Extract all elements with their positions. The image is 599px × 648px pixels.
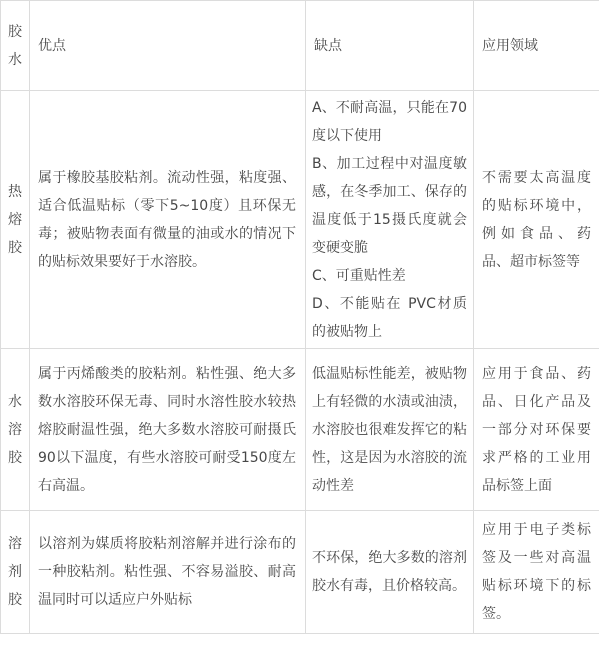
advantages-cell: 属于橡胶基胶粘剂。流动性强，粘度强、适合低温贴标（零下5~10度）且环保无毒；被… bbox=[30, 91, 306, 349]
applications-text: 不需要太高温度的贴标环境中，例如食品、药品、超市标签等 bbox=[482, 164, 591, 276]
advantages-cell: 以溶剂为媒质将胶粘剂溶解并进行涂布的一种胶粘剂。粘性强、不容易溢胶、耐高温同时可… bbox=[30, 511, 306, 634]
advantages-text: 属于丙烯酸类的胶粘剂。粘性强、绝大多数水溶胶环保无毒、同时水溶性胶水较热熔胶耐温… bbox=[38, 360, 296, 500]
header-cell-glue: 胶水 bbox=[1, 1, 30, 91]
table-row-solvent: 溶剂胶 以溶剂为媒质将胶粘剂溶解并进行涂布的一种胶粘剂。粘性强、不容易溢胶、耐高… bbox=[1, 511, 599, 634]
advantages-text: 以溶剂为媒质将胶粘剂溶解并进行涂布的一种胶粘剂。粘性强、不容易溢胶、耐高温同时可… bbox=[38, 530, 296, 614]
disadvantages-text: 不环保，绝大多数的溶剂胶水有毒，且价格较高。 bbox=[312, 544, 467, 600]
adhesive-comparison-table: 胶水 优点 缺点 应用领域 热熔胶 属于橡胶基胶粘剂。流动性强，粘度强、适合低温… bbox=[0, 0, 599, 634]
applications-cell: 应用于电子类标签及一些对高温贴标环境下的标签。 bbox=[474, 511, 599, 634]
table-row-water-soluble: 水溶胶 属于丙烯酸类的胶粘剂。粘性强、绝大多数水溶胶环保无毒、同时水溶性胶水较热… bbox=[1, 349, 599, 511]
disadvantages-cell: 不环保，绝大多数的溶剂胶水有毒，且价格较高。 bbox=[306, 511, 474, 634]
header-cell-disadvantages: 缺点 bbox=[306, 1, 474, 91]
glue-name-cell: 热熔胶 bbox=[1, 91, 30, 349]
disadvantages-cell: A、不耐高温，只能在70度以下使用 B、加工过程中对温度敏感，在冬季加工、保存的… bbox=[306, 91, 474, 349]
applications-cell: 不需要太高温度的贴标环境中，例如食品、药品、超市标签等 bbox=[474, 91, 599, 349]
glue-name-cell: 水溶胶 bbox=[1, 349, 30, 511]
applications-text: 应用于电子类标签及一些对高温贴标环境下的标签。 bbox=[482, 516, 591, 628]
disadvantage-item-c: C、可重贴性差 bbox=[312, 262, 467, 290]
applications-cell: 应用于食品、药品、日化产品及一部分对环保要求严格的工业用品标签上面 bbox=[474, 349, 599, 511]
header-cell-applications: 应用领域 bbox=[474, 1, 599, 91]
disadvantage-item-b: B、加工过程中对温度敏感，在冬季加工、保存的温度低于15摄氏度就会变硬变脆 bbox=[312, 150, 467, 262]
disadvantage-item-a: A、不耐高温，只能在70度以下使用 bbox=[312, 94, 467, 150]
advantages-cell: 属于丙烯酸类的胶粘剂。粘性强、绝大多数水溶胶环保无毒、同时水溶性胶水较热熔胶耐温… bbox=[30, 349, 306, 511]
header-row: 胶水 优点 缺点 应用领域 bbox=[1, 1, 599, 91]
applications-text: 应用于食品、药品、日化产品及一部分对环保要求严格的工业用品标签上面 bbox=[482, 360, 591, 500]
table-row-hot-melt: 热熔胶 属于橡胶基胶粘剂。流动性强，粘度强、适合低温贴标（零下5~10度）且环保… bbox=[1, 91, 599, 349]
disadvantages-text: 低温贴标性能差，被贴物上有轻微的水渍或油渍，水溶胶也很难发挥它的粘性，这是因为水… bbox=[312, 360, 467, 500]
advantages-text: 属于橡胶基胶粘剂。流动性强，粘度强、适合低温贴标（零下5~10度）且环保无毒；被… bbox=[38, 164, 296, 276]
header-cell-advantages: 优点 bbox=[30, 1, 306, 91]
glue-name-cell: 溶剂胶 bbox=[1, 511, 30, 634]
disadvantages-cell: 低温贴标性能差，被贴物上有轻微的水渍或油渍，水溶胶也很难发挥它的粘性，这是因为水… bbox=[306, 349, 474, 511]
disadvantage-item-d: D、不能贴在 PVC材质的被贴物上 bbox=[312, 290, 467, 346]
